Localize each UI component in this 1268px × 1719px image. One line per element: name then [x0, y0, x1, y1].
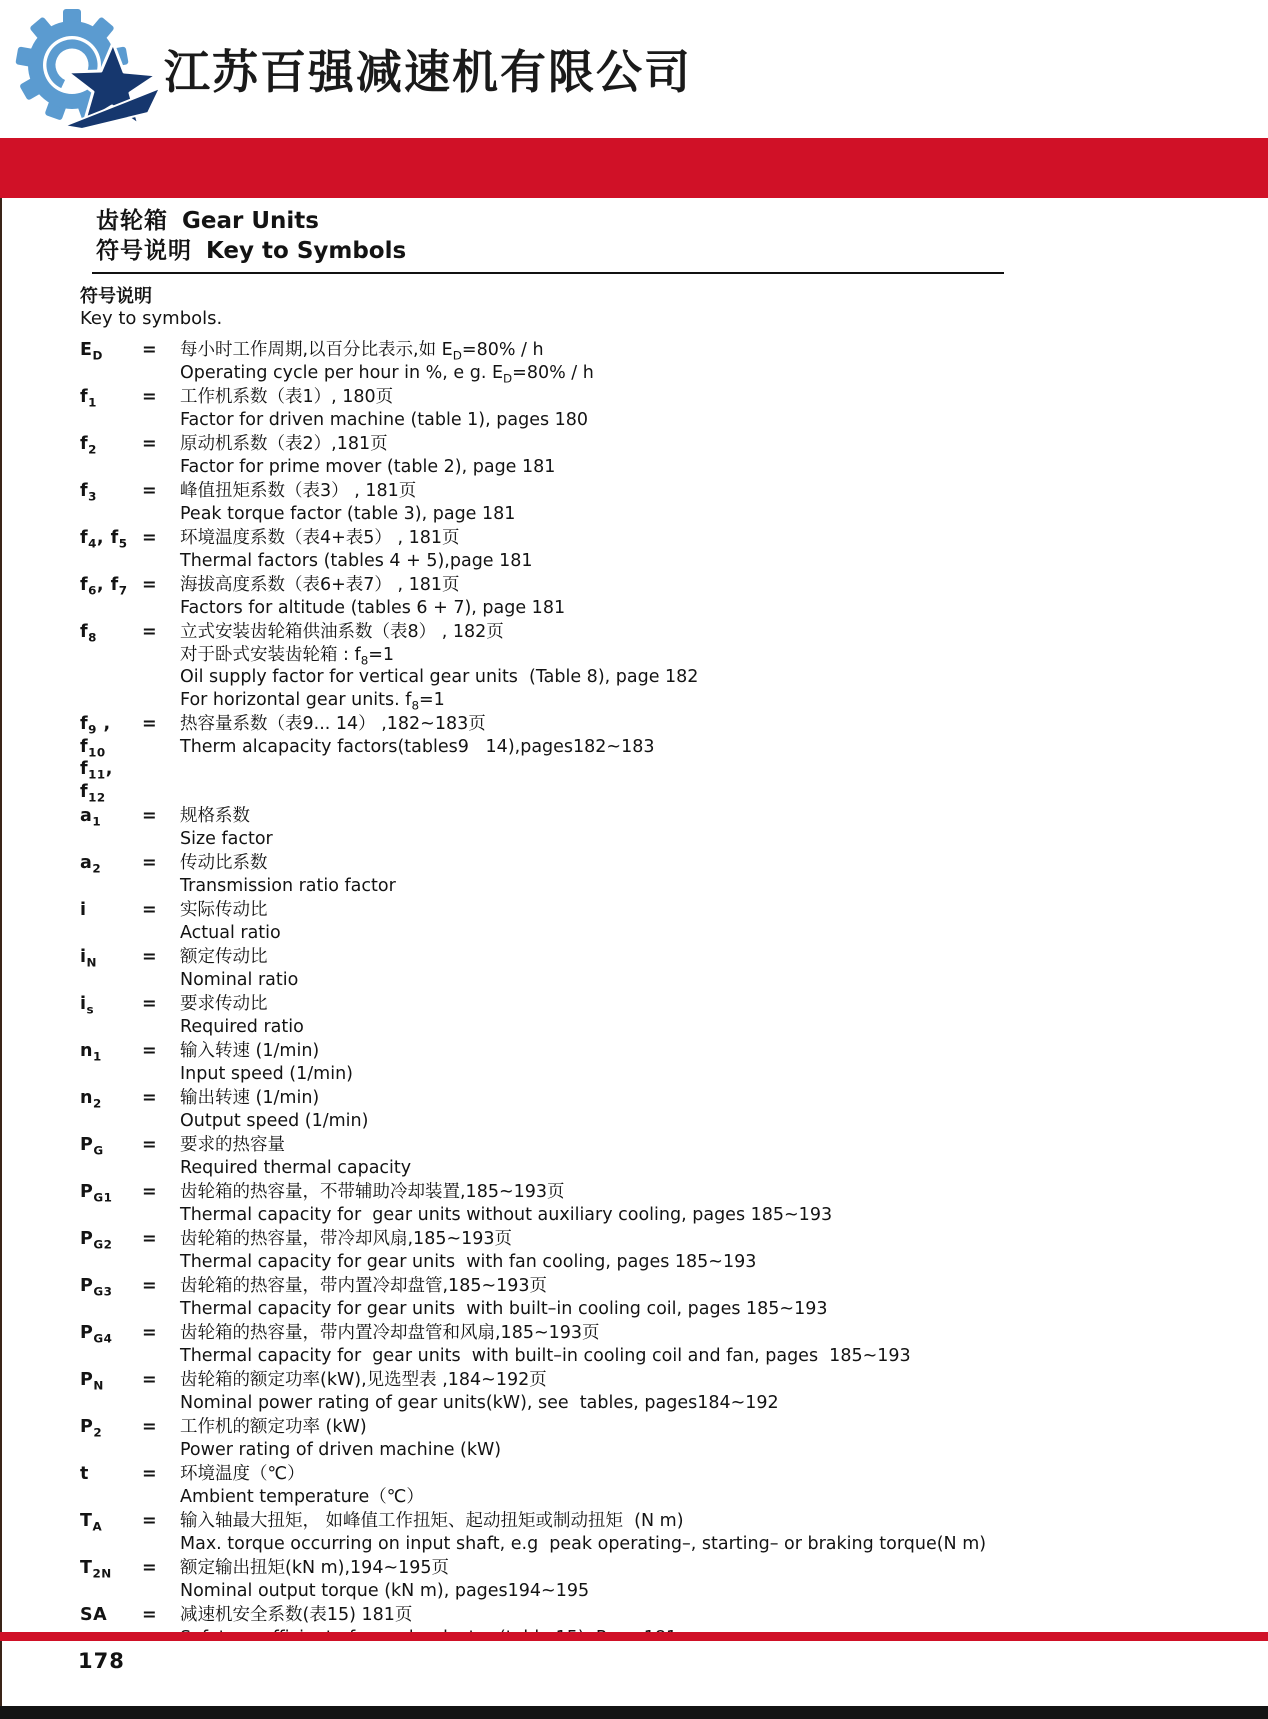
symbol-description: 实际传动比Actual ratio [180, 899, 1268, 944]
equals-sign: = [142, 946, 180, 969]
equals-sign: = [142, 527, 180, 550]
symbol-description: 每小时工作周期,以百分比表示,如 ED=80% / hOperating cyc… [180, 339, 1268, 384]
equals-sign: = [142, 805, 180, 828]
equals-sign: = [142, 993, 180, 1016]
symbol-description: 输出转速 (1/min)Output speed (1/min) [180, 1087, 1268, 1132]
symbol-description: 齿轮箱的热容量，带内置冷却盘管和风扇,185~193页Thermal capac… [180, 1322, 1268, 1367]
symbol-entry: f4, f5=环境温度系数（表4+表5） , 181页Thermal facto… [80, 527, 1268, 572]
symbol-description: 要求的热容量Required thermal capacity [180, 1134, 1268, 1179]
symbol-description: 热容量系数（表9... 14） ,182~183页Therm alcapacit… [180, 713, 1268, 758]
equals-sign: = [142, 713, 180, 736]
symbol-entry: SA=减速机安全系数(表15) 181页Safety coefficient o… [80, 1604, 1268, 1632]
symbol-description: 齿轮箱的热容量，带内置冷却盘管,185~193页Thermal capacity… [180, 1275, 1268, 1320]
page-header: 江苏百强减速机有限公司 [0, 0, 1268, 138]
symbol-label: TA [80, 1510, 142, 1533]
symbol-description: 输入转速 (1/min)Input speed (1/min) [180, 1040, 1268, 1085]
equals-sign: = [142, 433, 180, 456]
symbol-label: f3 [80, 480, 142, 503]
equals-sign: = [142, 852, 180, 875]
symbol-entry: t=环境温度（℃）Ambient temperature（℃） [80, 1463, 1268, 1508]
symbol-description: 原动机系数（表2）,181页Factor for prime mover (ta… [180, 433, 1268, 478]
symbol-label: n1 [80, 1040, 142, 1063]
equals-sign: = [142, 386, 180, 409]
title-zh-key-to-symbols: 符号说明 [96, 238, 192, 264]
red-banner [0, 138, 1268, 198]
symbol-entry: PG=要求的热容量Required thermal capacity [80, 1134, 1268, 1179]
symbol-description: 工作机的额定功率 (kW)Power rating of driven mach… [180, 1416, 1268, 1461]
page-number: 178 [78, 1649, 1268, 1673]
symbol-label: f4, f5 [80, 527, 142, 550]
company-name: 江苏百强减速机有限公司 [164, 36, 692, 102]
equals-sign: = [142, 621, 180, 644]
symbol-description: 峰值扭矩系数（表3） , 181页Peak torque factor (tab… [180, 480, 1268, 525]
symbol-entry: n2=输出转速 (1/min)Output speed (1/min) [80, 1087, 1268, 1132]
symbol-label: f9 , f10f11, f12 [80, 713, 142, 803]
symbol-entry: f6, f7=海拔高度系数（表6+表7） , 181页Factors for a… [80, 574, 1268, 619]
equals-sign: = [142, 1510, 180, 1533]
symbol-label: SA [80, 1604, 142, 1627]
symbol-entry: f1=工作机系数（表1）, 180页Factor for driven mach… [80, 386, 1268, 431]
equals-sign: = [142, 899, 180, 922]
equals-sign: = [142, 480, 180, 503]
symbol-description: 齿轮箱的额定功率(kW),见选型表 ,184~192页Nominal power… [180, 1369, 1268, 1414]
symbol-list: ED=每小时工作周期,以百分比表示,如 ED=80% / hOperating … [80, 339, 1268, 1632]
symbol-label: f8 [80, 621, 142, 644]
symbol-label: t [80, 1463, 142, 1486]
symbol-entry: n1=输入转速 (1/min)Input speed (1/min) [80, 1040, 1268, 1085]
symbol-entry: P2=工作机的额定功率 (kW)Power rating of driven m… [80, 1416, 1268, 1461]
title-block: 齿轮箱Gear Units 符号说明Key to Symbols [80, 206, 1268, 274]
symbol-description: 额定传动比Nominal ratio [180, 946, 1268, 991]
red-separator [0, 1632, 1268, 1641]
symbol-label: f6, f7 [80, 574, 142, 597]
symbol-entry: is=要求传动比Required ratio [80, 993, 1268, 1038]
symbol-label: a1 [80, 805, 142, 828]
symbol-description: 海拔高度系数（表6+表7） , 181页Factors for altitude… [180, 574, 1268, 619]
title-en-key-to-symbols: Key to Symbols [206, 238, 406, 264]
equals-sign: = [142, 1228, 180, 1251]
equals-sign: = [142, 1275, 180, 1298]
intro-block: 符号说明 Key to symbols. [80, 286, 1268, 330]
symbol-label: PG [80, 1134, 142, 1157]
symbol-entry: f3=峰值扭矩系数（表3） , 181页Peak torque factor (… [80, 480, 1268, 525]
symbol-entry: f9 , f10f11, f12=热容量系数（表9... 14） ,182~18… [80, 713, 1268, 803]
title-underline [92, 272, 1004, 274]
equals-sign: = [142, 339, 180, 362]
intro-en: Key to symbols. [80, 308, 1268, 330]
symbol-label: i [80, 899, 142, 922]
symbol-entry: PN=齿轮箱的额定功率(kW),见选型表 ,184~192页Nominal po… [80, 1369, 1268, 1414]
symbol-description: 减速机安全系数(表15) 181页Safety coefficient of s… [180, 1604, 1268, 1632]
equals-sign: = [142, 1369, 180, 1392]
intro-zh: 符号说明 [80, 286, 1268, 308]
symbol-description: 传动比系数Transmission ratio factor [180, 852, 1268, 897]
equals-sign: = [142, 1416, 180, 1439]
symbol-description: 环境温度系数（表4+表5） , 181页Thermal factors (tab… [180, 527, 1268, 572]
content-area: 齿轮箱Gear Units 符号说明Key to Symbols 符号说明 Ke… [0, 198, 1268, 1632]
symbol-description: 齿轮箱的热容量，带冷却风扇,185~193页Thermal capacity f… [180, 1228, 1268, 1273]
equals-sign: = [142, 1040, 180, 1063]
symbol-label: is [80, 993, 142, 1016]
equals-sign: = [142, 1604, 180, 1627]
symbol-entry: PG3=齿轮箱的热容量，带内置冷却盘管,185~193页Thermal capa… [80, 1275, 1268, 1320]
symbol-label: ED [80, 339, 142, 362]
symbol-entry: ED=每小时工作周期,以百分比表示,如 ED=80% / hOperating … [80, 339, 1268, 384]
catalog-page: 江苏百强减速机有限公司 齿轮箱Gear Units 符号说明Key to Sym… [0, 0, 1268, 1719]
company-logo-gear-star-icon [12, 5, 162, 133]
symbol-label: T2N [80, 1557, 142, 1580]
symbol-entry: T2N=额定输出扭矩(kN m),194~195页Nominal output … [80, 1557, 1268, 1602]
footer-area: 178 [0, 1641, 1268, 1706]
symbol-entry: TA=输入轴最大扭矩， 如峰值工作扭矩、起动扭矩或制动扭矩 (N m)Max. … [80, 1510, 1268, 1555]
symbol-description: 立式安装齿轮箱供油系数（表8） , 182页对于卧式安装齿轮箱 : f8=1Oi… [180, 621, 1268, 711]
symbol-entry: f2=原动机系数（表2）,181页Factor for prime mover … [80, 433, 1268, 478]
symbol-label: PG3 [80, 1275, 142, 1298]
symbol-description: 齿轮箱的热容量，不带辅助冷却装置,185~193页Thermal capacit… [180, 1181, 1268, 1226]
symbol-label: f1 [80, 386, 142, 409]
symbol-label: a2 [80, 852, 142, 875]
symbol-description: 额定输出扭矩(kN m),194~195页Nominal output torq… [180, 1557, 1268, 1602]
equals-sign: = [142, 1087, 180, 1110]
symbol-label: P2 [80, 1416, 142, 1439]
symbol-label: PG2 [80, 1228, 142, 1251]
equals-sign: = [142, 1134, 180, 1157]
footer-bar [0, 1706, 1268, 1719]
title-en-gear-units: Gear Units [182, 208, 319, 234]
symbol-label: PN [80, 1369, 142, 1392]
symbol-entry: a2=传动比系数Transmission ratio factor [80, 852, 1268, 897]
symbol-label: iN [80, 946, 142, 969]
symbol-label: f2 [80, 433, 142, 456]
equals-sign: = [142, 574, 180, 597]
symbol-description: 输入轴最大扭矩， 如峰值工作扭矩、起动扭矩或制动扭矩 (N m)Max. tor… [180, 1510, 1268, 1555]
title-line-key-to-symbols: 符号说明Key to Symbols [96, 236, 1268, 266]
symbol-label: PG4 [80, 1322, 142, 1345]
title-zh-gear-units: 齿轮箱 [96, 208, 168, 234]
symbol-entry: PG2=齿轮箱的热容量，带冷却风扇,185~193页Thermal capaci… [80, 1228, 1268, 1273]
symbol-entry: PG1=齿轮箱的热容量，不带辅助冷却装置,185~193页Thermal cap… [80, 1181, 1268, 1226]
symbol-description: 工作机系数（表1）, 180页Factor for driven machine… [180, 386, 1268, 431]
symbol-description: 环境温度（℃）Ambient temperature（℃） [180, 1463, 1268, 1508]
symbol-entry: PG4=齿轮箱的热容量，带内置冷却盘管和风扇,185~193页Thermal c… [80, 1322, 1268, 1367]
title-line-gear-units: 齿轮箱Gear Units [96, 206, 1268, 236]
equals-sign: = [142, 1463, 180, 1486]
symbol-label: n2 [80, 1087, 142, 1110]
symbol-label: PG1 [80, 1181, 142, 1204]
equals-sign: = [142, 1557, 180, 1580]
equals-sign: = [142, 1322, 180, 1345]
symbol-entry: iN=额定传动比Nominal ratio [80, 946, 1268, 991]
symbol-entry: f8=立式安装齿轮箱供油系数（表8） , 182页对于卧式安装齿轮箱 : f8=… [80, 621, 1268, 711]
symbol-description: 规格系数Size factor [180, 805, 1268, 850]
symbol-entry: a1=规格系数Size factor [80, 805, 1268, 850]
symbol-entry: i=实际传动比Actual ratio [80, 899, 1268, 944]
equals-sign: = [142, 1181, 180, 1204]
symbol-description: 要求传动比Required ratio [180, 993, 1268, 1038]
